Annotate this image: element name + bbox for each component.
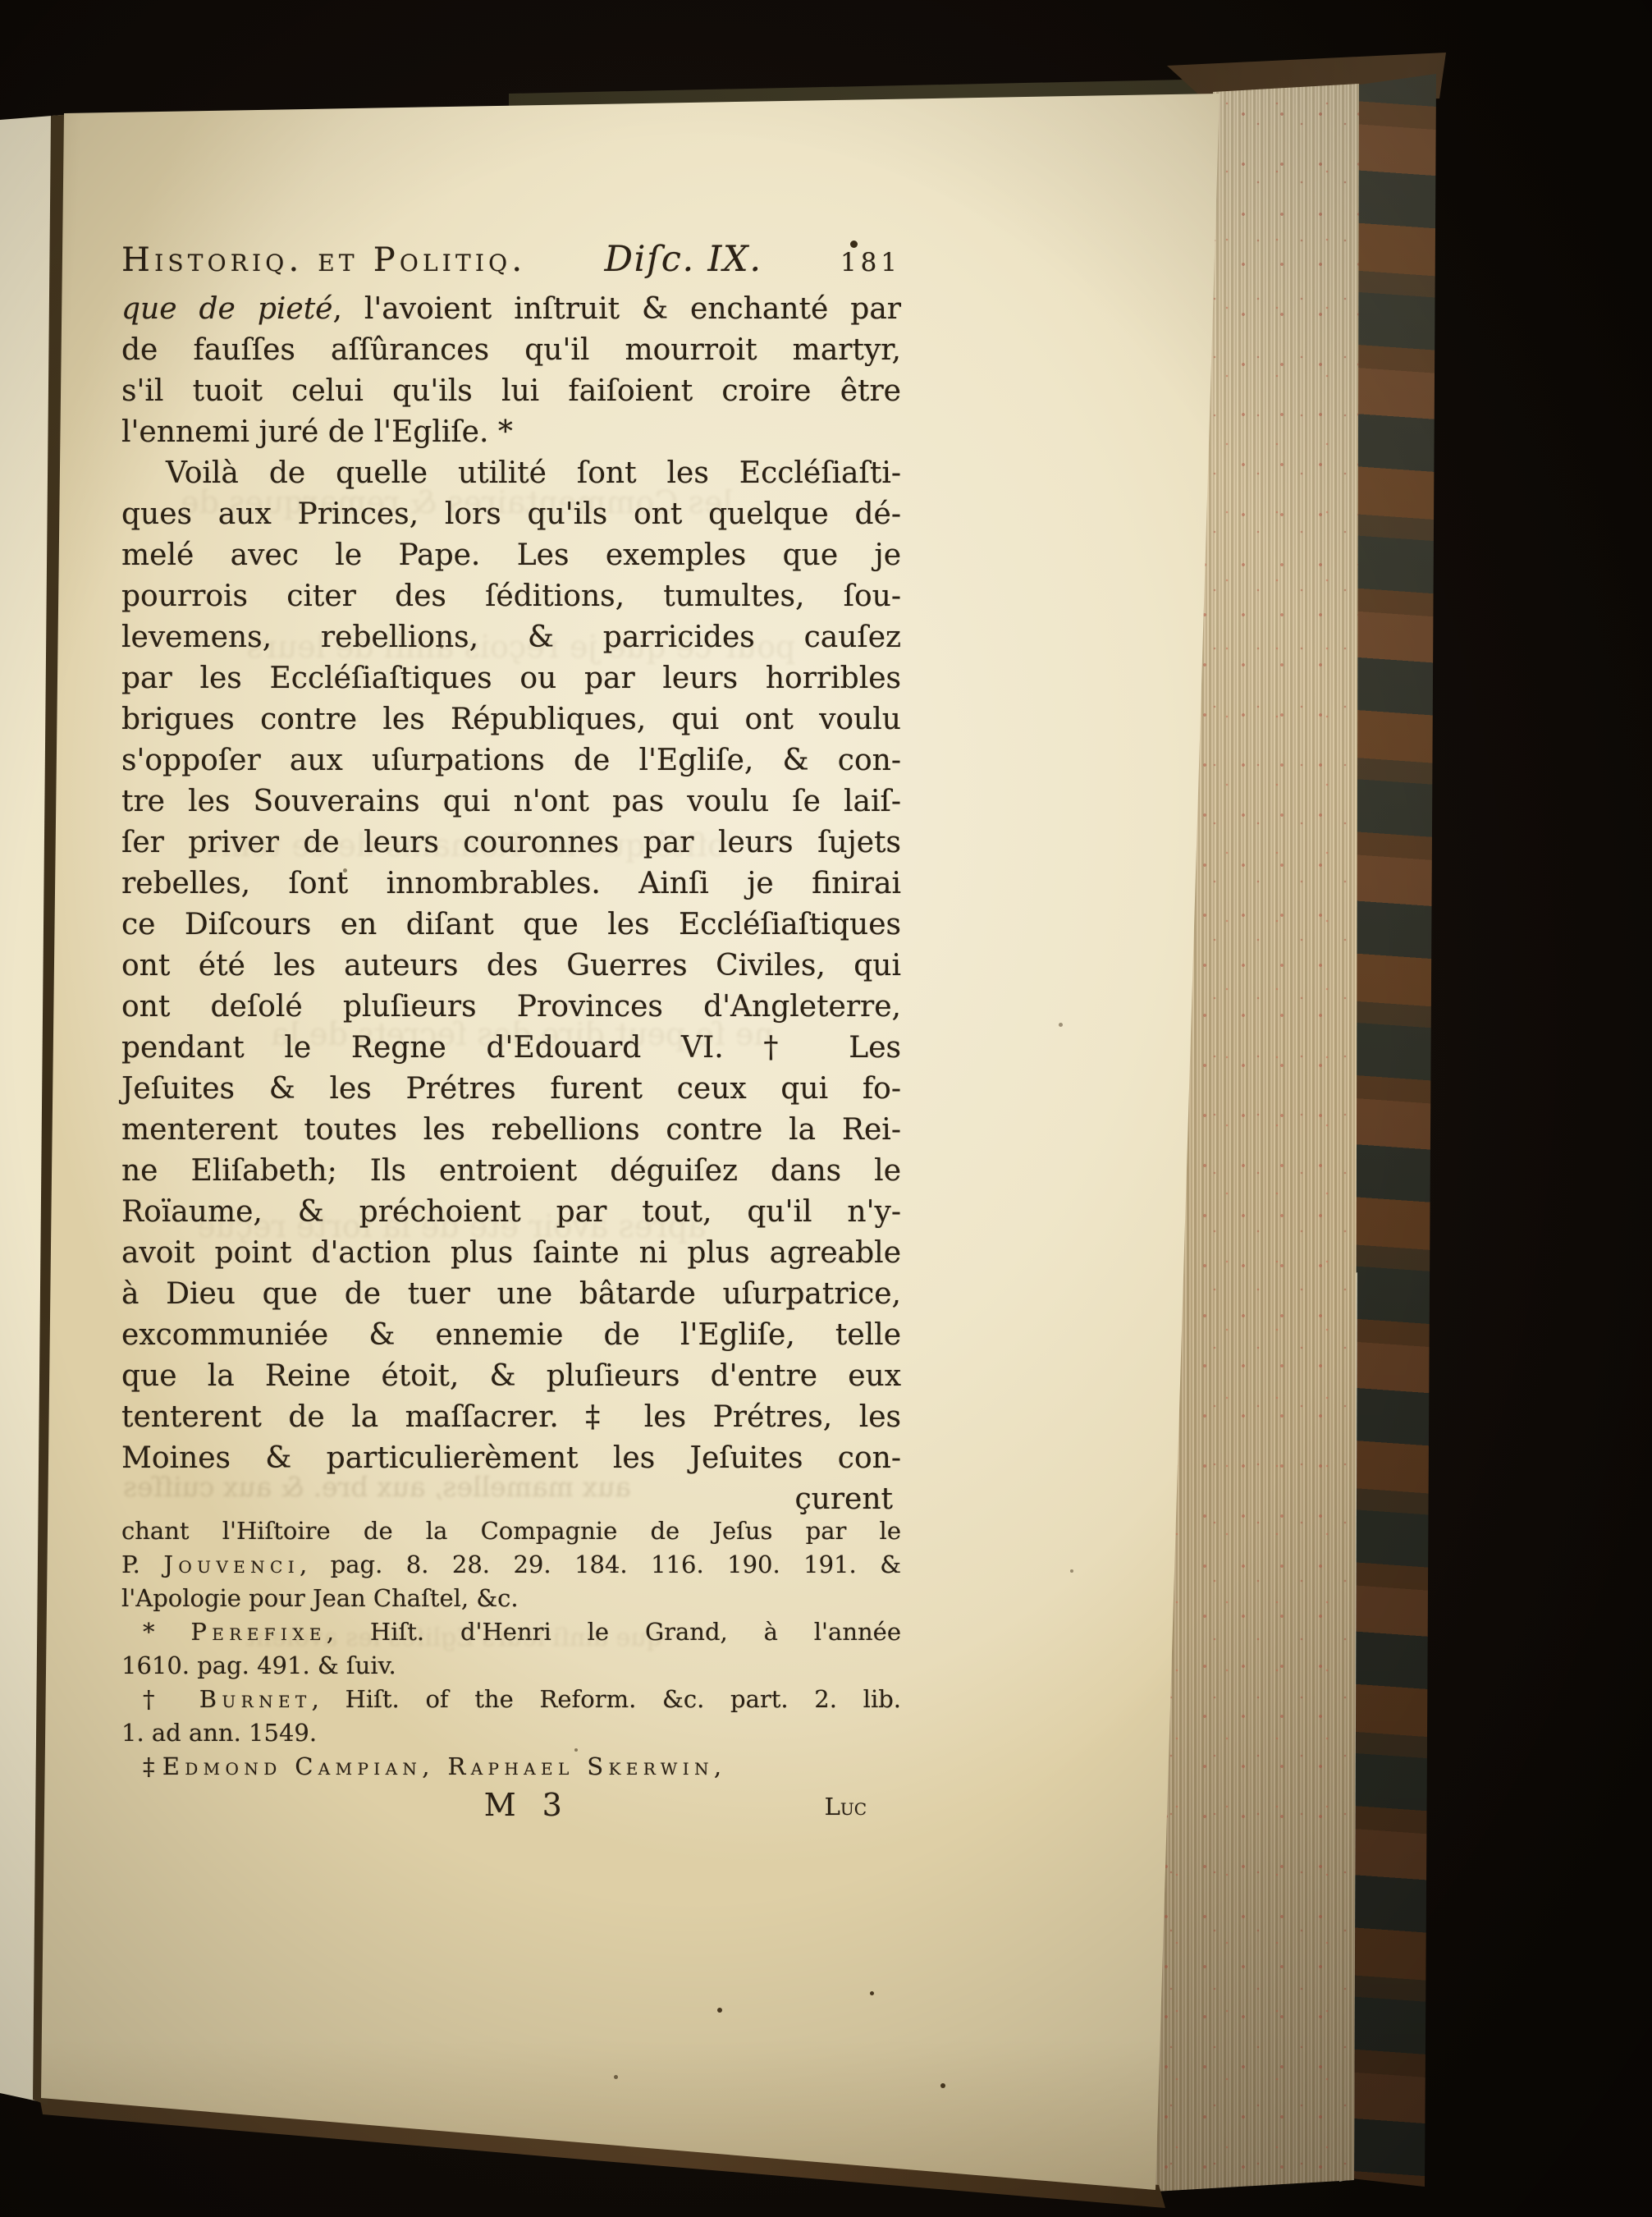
body-line: Jeſuites & les Prétres furent ceux qui f… xyxy=(121,1069,901,1110)
double-dagger-mark: ‡ xyxy=(143,1752,162,1780)
body-line: ce Diſcours en diſant que les Eccléſiaſt… xyxy=(121,905,901,946)
footnote-text: l'Apologie pour Jean Chaſtel, &c. xyxy=(121,1584,519,1612)
signature-row: M 3 Luc xyxy=(121,1789,901,1831)
body-line: que de pieté, l'avoient inſtruit & encha… xyxy=(121,289,901,330)
footnote-author: Burnet xyxy=(199,1685,312,1713)
footnote-text: chant l'Hiſtoire de la Compagnie de Jeſu… xyxy=(121,1517,901,1545)
body-line: Roïaume, & préchoient par tout, qu'il n'… xyxy=(121,1192,901,1233)
paragraph-2: Voilà de quelle utilité ſont les Eccléſi… xyxy=(121,453,901,1479)
footnote-text: , Hiſt. of the Reform. &c. part. 2. lib. xyxy=(312,1685,901,1713)
body-line: que la Reine étoit, & pluſieurs d'entre … xyxy=(121,1356,901,1397)
body-line: ont deſolé pluſieurs Provinces d'Anglete… xyxy=(121,987,901,1028)
body-line: menterent toutes les rebellions contre l… xyxy=(121,1110,901,1151)
footnote-line: † Burnet, Hiſt. of the Reform. &c. part.… xyxy=(121,1683,901,1716)
footnote-text: P. xyxy=(121,1551,163,1578)
body-line: tenterent de la maſſacrer. ‡ les Prétres… xyxy=(121,1397,901,1438)
body-text: que de pieté, l'avoient inſtruit & encha… xyxy=(121,289,901,1520)
running-title: Historiq. et Politiq. xyxy=(121,241,526,279)
body-line: l'ennemi juré de l'Egliſe. * xyxy=(121,412,901,453)
footnote-line: * Perefixe, Hiſt. d'Henri le Grand, à l'… xyxy=(121,1615,901,1649)
body-line: ques aux Princes, lors qu'ils ont quelqu… xyxy=(121,494,901,535)
footnote-text: , xyxy=(714,1752,721,1780)
discourse-label: Diſc. IX. xyxy=(604,239,762,280)
footnote-line: l'Apologie pour Jean Chaſtel, &c. xyxy=(121,1582,901,1615)
body-line: levemens, rebellions, & parricides cauſe… xyxy=(121,617,901,658)
footnotes: chant l'Hiſtoire de la Compagnie de Jeſu… xyxy=(121,1514,901,1831)
body-line: par les Eccléſiaſtiques ou par leurs hor… xyxy=(121,658,901,699)
footnote-author: Jouvenci xyxy=(163,1551,300,1578)
body-line: s'il tuoit celui qu'ils lui faiſoient cr… xyxy=(121,371,901,412)
body-line: rebelles, ſont innombrables. Ainſi je fi… xyxy=(121,863,901,905)
body-line: ſer priver de leurs couronnes par leurs … xyxy=(121,822,901,863)
paragraph-1: de fauſſes aſſûrances qu'il mourroit mar… xyxy=(121,330,901,453)
footnote-line: chant l'Hiſtoire de la Compagnie de Jeſu… xyxy=(121,1514,901,1548)
dagger-mark: † xyxy=(143,1685,199,1713)
footnote-text: , pag. 8. 28. 29. 184. 116. 190. 191. & xyxy=(300,1551,901,1578)
footnote-text: 1. ad ann. 1549. xyxy=(121,1719,317,1747)
footnote-line: P. Jouvenci, pag. 8. 28. 29. 184. 116. 1… xyxy=(121,1548,901,1582)
footnote-author: Edmond Campian, Raphael Skerwin xyxy=(162,1752,714,1780)
footnote-text: , Hiſt. d'Henri le Grand, à l'année xyxy=(327,1618,901,1646)
body-line: tre les Souverains qui n'ont pas voulu ſ… xyxy=(121,781,901,822)
body-line: pendant le Regne d'Edouard VI. † Les xyxy=(121,1028,901,1069)
footnote-line: ‡ Edmond Campian, Raphael Skerwin, xyxy=(121,1750,901,1784)
body-line: melé avec le Pape. Les exemples que je xyxy=(121,535,901,576)
body-line: de fauſſes aſſûrances qu'il mourroit mar… xyxy=(121,330,901,371)
body-line: ne Eliſabeth; Ils entroient déguiſez dan… xyxy=(121,1151,901,1192)
page-number: 181 xyxy=(840,248,901,277)
footnote-author: Perefixe xyxy=(190,1618,326,1646)
body-line: pourrois citer des ſéditions, tumultes, … xyxy=(121,576,901,617)
body-line: ont été les auteurs des Guerres Civiles,… xyxy=(121,946,901,987)
body-line: brigues contre les Républiques, qui ont … xyxy=(121,699,901,740)
page-header: Historiq. et Politiq. Diſc. IX. 181 xyxy=(121,239,901,280)
catchword-bottom: Luc xyxy=(825,1790,867,1824)
book-photo: les Commentaires & remarques depour ce q… xyxy=(0,0,1652,2217)
body-line: avoit point d'action plus ſainte ni plus… xyxy=(121,1233,901,1274)
body-line: à Dieu que de tuer une bâtarde uſurpatri… xyxy=(121,1274,901,1315)
footnote-line: 1. ad ann. 1549. xyxy=(121,1716,901,1750)
body-line: s'oppoſer aux uſurpations de l'Egliſe, &… xyxy=(121,740,901,781)
body-line-text: , l'avoient inſtruit & enchanté par xyxy=(332,292,901,326)
body-line: Moines & particulierèment les Jeſuites c… xyxy=(121,1438,901,1479)
gathering-signature: M 3 xyxy=(484,1789,562,1822)
italic-lead: que de pieté xyxy=(121,292,332,326)
footnote-text: 1610. pag. 491. & ſuiv. xyxy=(121,1651,396,1679)
body-line: Voilà de quelle utilité ſont les Eccléſi… xyxy=(121,453,901,494)
body-line: excommuniée & ennemie de l'Egliſe, telle xyxy=(121,1315,901,1356)
asterisk-mark: * xyxy=(143,1618,190,1646)
footnote-line: 1610. pag. 491. & ſuiv. xyxy=(121,1649,901,1683)
